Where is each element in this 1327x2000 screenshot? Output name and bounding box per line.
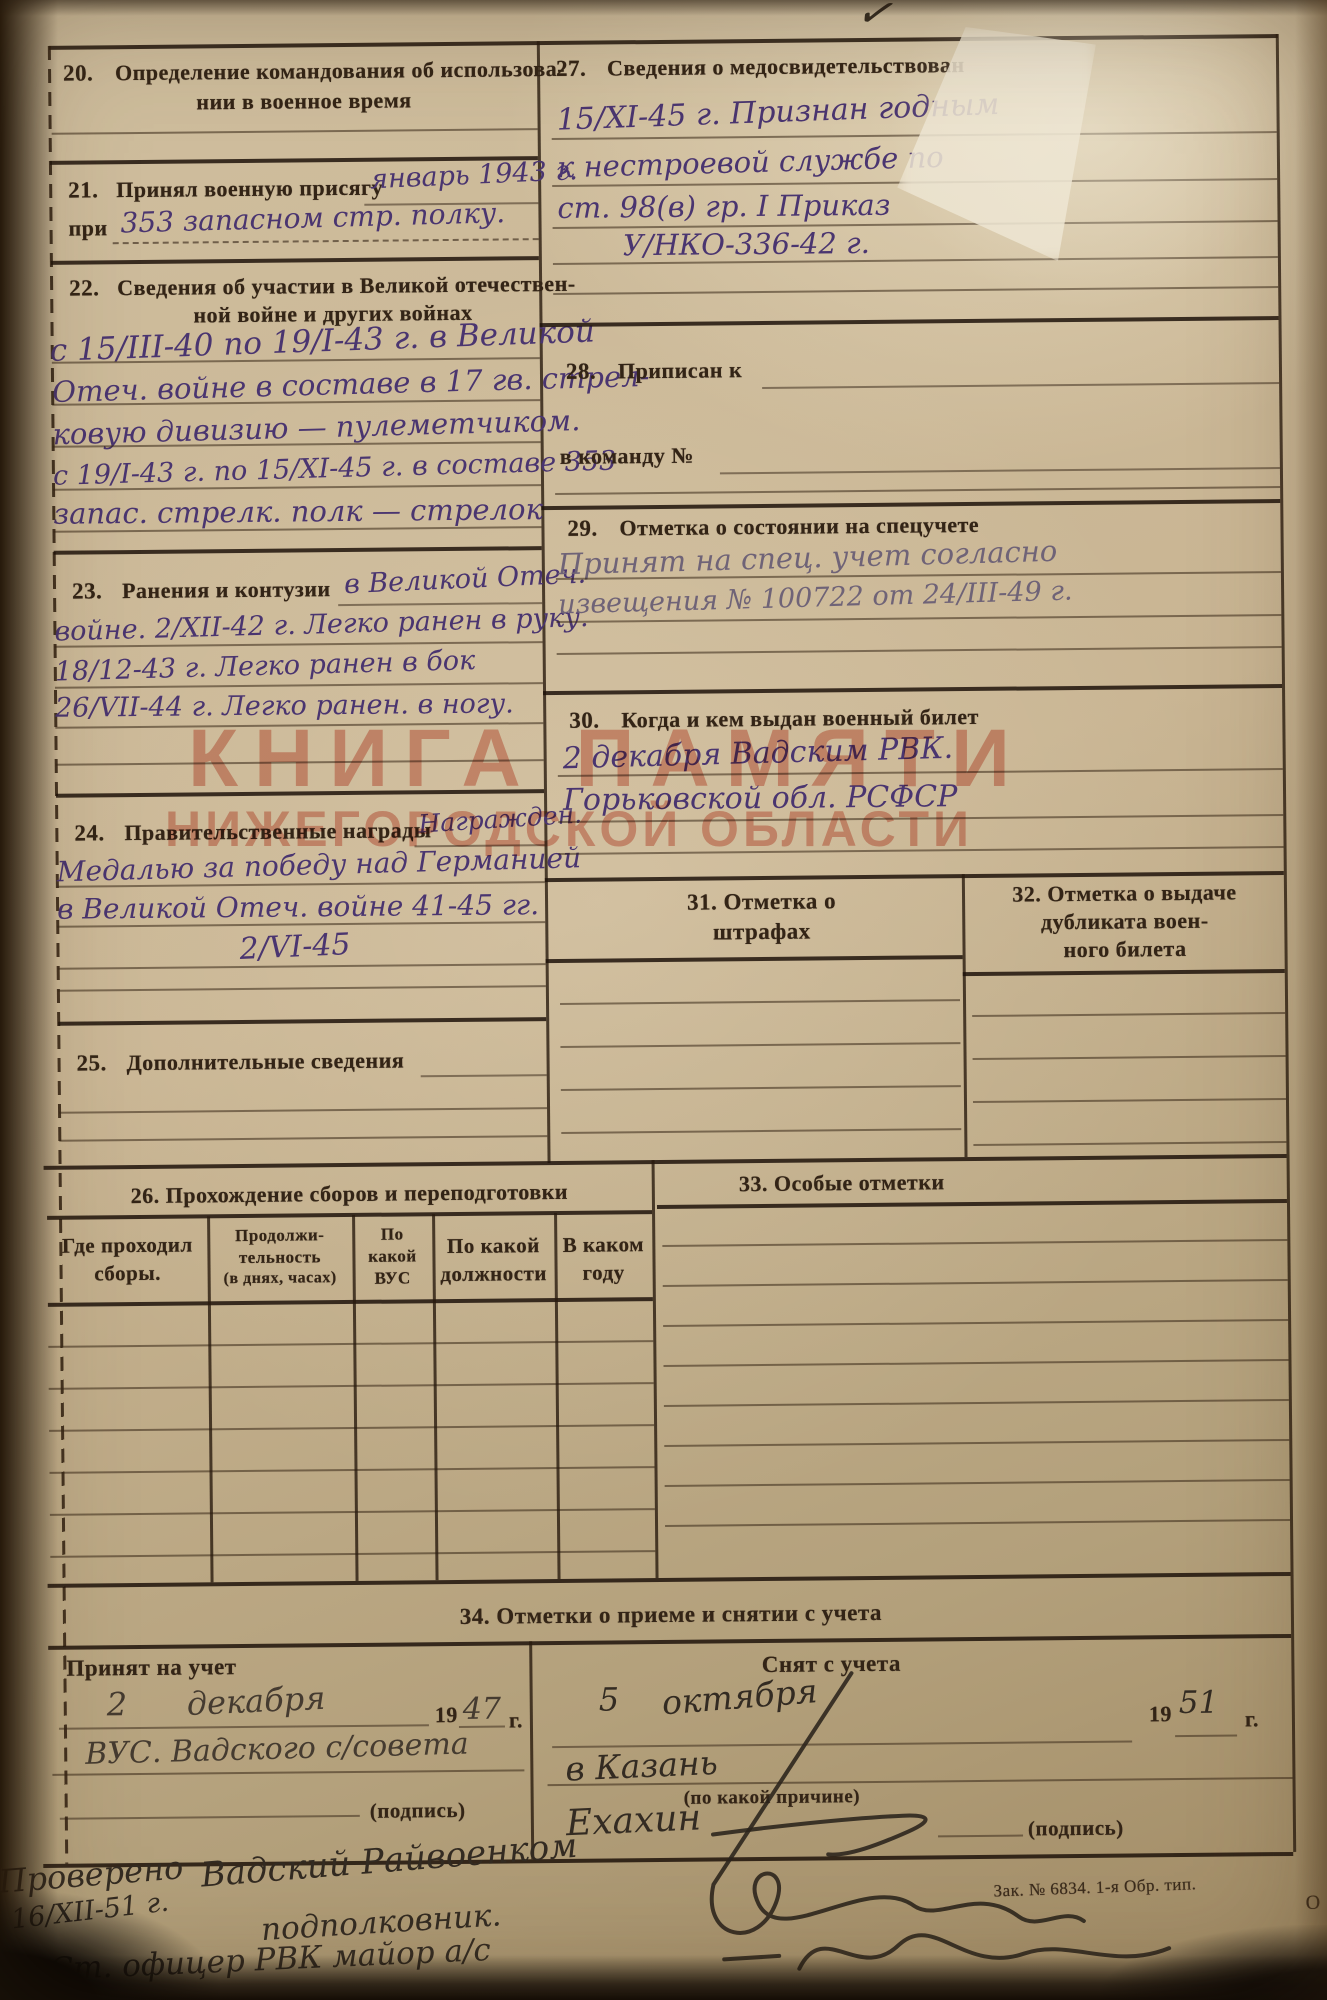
medical-line4: У/НКО-336-42 г.	[623, 226, 871, 262]
section-27-title: Сведения о медосвидетельствован	[607, 52, 965, 81]
blank-rule	[553, 286, 1278, 295]
oath-date-handwritten: январь 1943 г.	[369, 155, 578, 195]
section-22-number: 22.	[69, 275, 99, 301]
blank-rule	[665, 1519, 1290, 1527]
rule-34-top	[48, 1572, 1291, 1587]
rule-section	[56, 789, 544, 797]
section-27-number: 27.	[556, 56, 586, 82]
divider-34	[529, 1641, 534, 1859]
rule-section	[541, 499, 1280, 510]
section-20-title-line1: Определение командования об использова-	[115, 56, 565, 86]
section-28-number: 28.	[566, 359, 596, 385]
medical-line1: 15/XI-45 г. Признан годным	[556, 87, 1000, 138]
registered-org: ВУС. Вадского с/совета	[85, 1727, 469, 1772]
ticket-issue-line2: Горьковской обл. РСФСР	[563, 779, 958, 818]
section-30-number: 30.	[569, 708, 599, 734]
section-31-title-line2: штрафах	[564, 917, 959, 947]
rule-under-31	[546, 955, 963, 963]
blank-rule	[560, 999, 960, 1005]
ticket-issue-line1: 2 декабря Вадским РВК.	[562, 731, 953, 777]
wounds-inline: в Великой Отеч.	[343, 558, 586, 600]
signature-scribble-2	[724, 1910, 1185, 1994]
registered-day: 2	[107, 1685, 128, 1723]
war-service-line5: запас. стрелк. полк — стрелок	[53, 492, 543, 531]
col-header-vus-line2: какой	[352, 1246, 432, 1267]
section-25-number: 25.	[76, 1050, 106, 1076]
special-registry-line2: извещения № 100722 от 24/III-49 г.	[558, 576, 1073, 621]
col-header-position-line2: должности	[433, 1261, 555, 1287]
rule-section	[539, 316, 1278, 327]
blank-rule	[973, 1141, 1286, 1146]
table-row-line	[49, 1382, 654, 1390]
blank-rule	[665, 1479, 1290, 1487]
check-mark: ✓	[853, 0, 896, 39]
rule-26-header-bottom	[48, 1297, 653, 1306]
blank-rule	[555, 486, 1280, 495]
blank-rule	[58, 985, 546, 992]
table-row-line	[49, 1424, 654, 1432]
awards-inline: Награжден.	[418, 799, 583, 838]
rule-33-under-title	[657, 1199, 1287, 1209]
section-29-number: 29.	[567, 516, 597, 542]
footer-org: Вадский Райвоенком	[199, 1826, 579, 1896]
deregistered-year-suffix: г.	[1245, 1706, 1259, 1732]
table-row-line	[48, 1340, 653, 1348]
section-31-title-line1: 31. Отметка о	[564, 887, 959, 917]
medical-line3: ст. 98(в) гр. I Приказ	[557, 188, 890, 225]
section-20-number: 20.	[63, 60, 93, 86]
section-32-title-line3: ного билета	[967, 935, 1282, 964]
section-30-title: Когда и кем выдан военный билет	[621, 704, 979, 733]
fill-line-dashed	[113, 238, 539, 244]
table-row-line	[50, 1550, 655, 1558]
section-24-label: Правительственные награды	[124, 817, 431, 846]
fill-line	[60, 1815, 360, 1820]
blank-rule	[973, 1055, 1286, 1060]
awards-line3: 2/VI-45	[239, 927, 351, 967]
blank-rule	[560, 1042, 960, 1048]
section-21-label-at: при	[68, 215, 107, 241]
col-header-year-line1: В каком	[554, 1232, 652, 1258]
blank-rule	[52, 128, 538, 135]
col-header-place-line1: Где проходил	[47, 1232, 207, 1259]
registered-month: декабря	[186, 1679, 326, 1723]
registered-sign-label: (подпись)	[370, 1798, 466, 1824]
blank-rule	[557, 646, 1282, 655]
col-header-duration-line2: тельность	[207, 1247, 352, 1268]
table-row-line	[50, 1466, 655, 1474]
rule-26-under-title	[47, 1210, 652, 1219]
section-28-label2: в команду №	[560, 443, 694, 470]
blank-rule	[664, 1359, 1289, 1367]
table-row-line	[50, 1508, 655, 1516]
registered-label: Принят на учет	[66, 1654, 236, 1682]
registered-year-suffix: г.	[509, 1707, 523, 1733]
rule-section	[58, 1017, 546, 1025]
col-header-place-line2: сборы.	[47, 1260, 207, 1287]
fill-line	[421, 1074, 547, 1077]
deregistered-year-prefix: 19	[1149, 1701, 1172, 1727]
col-header-vus-line1: По	[352, 1224, 432, 1245]
rule-section	[54, 546, 542, 554]
wounds-line3: 26/VII-44 г. Легко ранен. в ногу.	[55, 688, 514, 723]
blank-rule	[59, 1107, 547, 1114]
fill-line	[1175, 1734, 1237, 1737]
rule-top	[49, 34, 1278, 49]
awards-line2: в Великой Отеч. войне 41-45 гг.	[57, 888, 539, 926]
rule-section	[543, 684, 1282, 695]
table-right-edge	[652, 1160, 659, 1578]
blank-rule	[59, 1135, 547, 1142]
section-22-title-line1: Сведения об участии в Великой отечествен…	[117, 271, 576, 301]
section-20-title-line2: нии в военное время	[196, 87, 412, 115]
blank-rule	[56, 759, 544, 766]
blank-rule	[663, 1279, 1288, 1287]
wounds-line2: 18/12-43 г. Легко ранен в бок	[54, 645, 475, 687]
section-33-title: 33. Особые отметки	[662, 1169, 1022, 1198]
blank-rule	[663, 1319, 1288, 1327]
scanned-military-registration-card: ✓ 20. Определение командования об исполь…	[0, 0, 1327, 2000]
section-34-title: 34. Отметки о приеме и снятии с учета	[321, 1599, 1021, 1632]
border-left	[48, 46, 68, 1864]
section-24-number: 24.	[74, 820, 104, 846]
col-header-year-line2: году	[555, 1260, 653, 1286]
section-26-title: 26. Прохождение сборов и переподготовки	[47, 1178, 652, 1210]
col-header-position-line1: По какой	[432, 1233, 554, 1259]
blank-rule	[662, 1239, 1287, 1247]
rule-table-top	[44, 1154, 1287, 1169]
col-header-duration-line3: (в днях, часах)	[208, 1269, 353, 1288]
section-32-title-line2: дубликата воен-	[967, 907, 1282, 936]
rule-section	[51, 256, 539, 264]
blank-rule	[561, 1128, 961, 1134]
blank-rule	[972, 1012, 1285, 1017]
fill-line	[762, 382, 1279, 389]
deregistered-year: 51	[1179, 1685, 1219, 1721]
blank-rule	[559, 846, 1284, 855]
blank-rule	[561, 1085, 961, 1091]
section-28-label1: Приписан к	[618, 357, 743, 384]
blank-rule	[55, 722, 543, 729]
section-23-label: Ранения и контузии	[122, 576, 331, 604]
fill-line	[720, 467, 1280, 474]
rule-under-32	[963, 969, 1285, 976]
blank-rule	[664, 1399, 1289, 1407]
registered-year-prefix: 19	[435, 1702, 458, 1728]
col-header-vus-line3: ВУС	[353, 1268, 433, 1289]
section-23-number: 23.	[72, 578, 102, 604]
medical-line2: к нестроевой службе по	[557, 140, 944, 184]
form-content: ✓ 20. Определение командования об исполь…	[0, 0, 1327, 2000]
blank-rule	[973, 1098, 1286, 1103]
section-32-title-line1: 32. Отметка о выдаче	[967, 879, 1282, 908]
section-25-label: Дополнительные сведения	[126, 1047, 404, 1076]
footer-corner-mark: О	[1306, 1892, 1321, 1915]
registered-year: 47	[463, 1692, 502, 1727]
blank-rule	[664, 1439, 1289, 1447]
oath-unit-handwritten: 353 запасном стр. полку.	[120, 196, 505, 239]
section-21-number: 21.	[68, 177, 98, 203]
col-header-duration-line1: Продолжи-	[207, 1225, 352, 1246]
section-21-label: Принял военную присягу	[116, 175, 383, 204]
